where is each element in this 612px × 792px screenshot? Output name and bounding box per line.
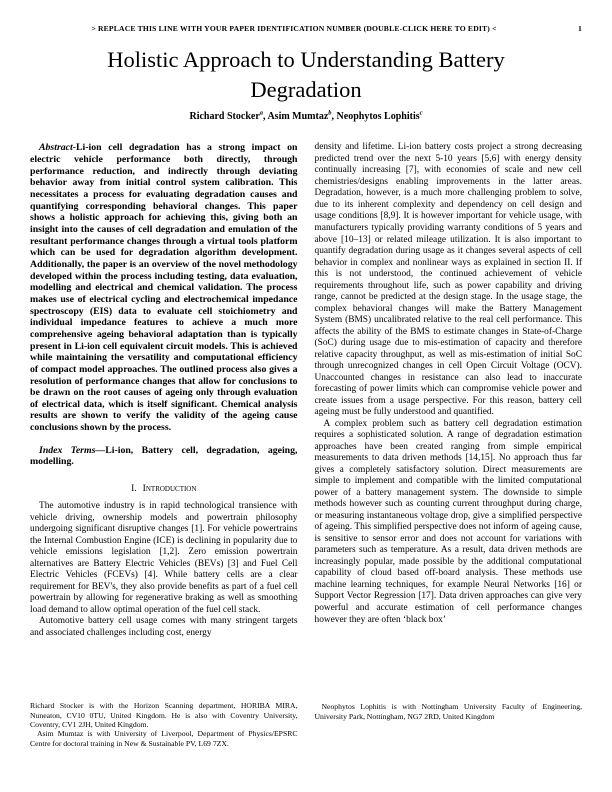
page-number: 1 [558, 24, 582, 33]
body-paragraph-continuation: density and lifetime. Li-ion battery cos… [315, 142, 583, 418]
section-heading-introduction: I.Introduction [30, 483, 298, 494]
index-terms-paragraph: Index Terms—Li-ion, Battery cell, degrad… [30, 445, 298, 468]
two-column-body: Abstract-Li-ion cell degradation has a s… [30, 142, 582, 748]
abstract-text: Li-ion cell degradation has a strong imp… [30, 142, 298, 433]
paper-title: Holistic Approach to Understanding Batte… [86, 45, 526, 104]
abstract-paragraph: Abstract-Li-ion cell degradation has a s… [30, 142, 298, 433]
body-paragraph-2: A complex problem such as battery cell d… [315, 419, 583, 626]
footnotes-right: Neophytos Lophitis is with Nottingham Un… [315, 702, 583, 721]
running-header: > REPLACE THIS LINE WITH YOUR PAPER IDEN… [30, 24, 582, 33]
intro-paragraph-2: Automotive battery cell usage comes with… [30, 616, 298, 639]
footnote-author-1: Richard Stocker is with the Horizon Scan… [30, 701, 298, 729]
index-terms-label: Index Terms— [39, 445, 105, 456]
intro-paragraph-1: The automotive industry is in rapid tech… [30, 501, 298, 616]
paper-page: > REPLACE THIS LINE WITH YOUR PAPER IDEN… [0, 0, 612, 792]
section-number: I. [131, 483, 137, 494]
abstract-label: Abstract- [39, 142, 76, 153]
author-name-1: Richard Stocker [189, 111, 259, 122]
footnote-author-2: Asim Mumtaz is with University of Liverp… [30, 729, 298, 748]
right-column: density and lifetime. Li-ion battery cos… [315, 142, 583, 748]
left-column: Abstract-Li-ion cell degradation has a s… [30, 142, 298, 748]
section-title: Introduction [143, 483, 197, 494]
author-line: Richard Stockera, Asim Mumtazb, Neophyto… [30, 111, 582, 122]
author-name-3: , Neophytos Lophitis [332, 111, 420, 122]
footnotes-left: Richard Stocker is with the Horizon Scan… [30, 701, 298, 748]
footnote-author-3: Neophytos Lophitis is with Nottingham Un… [315, 702, 583, 721]
author-name-2: , Asim Mumtaz [263, 111, 328, 122]
running-title: > REPLACE THIS LINE WITH YOUR PAPER IDEN… [30, 24, 558, 33]
author-affil-mark-3: c [420, 110, 423, 117]
